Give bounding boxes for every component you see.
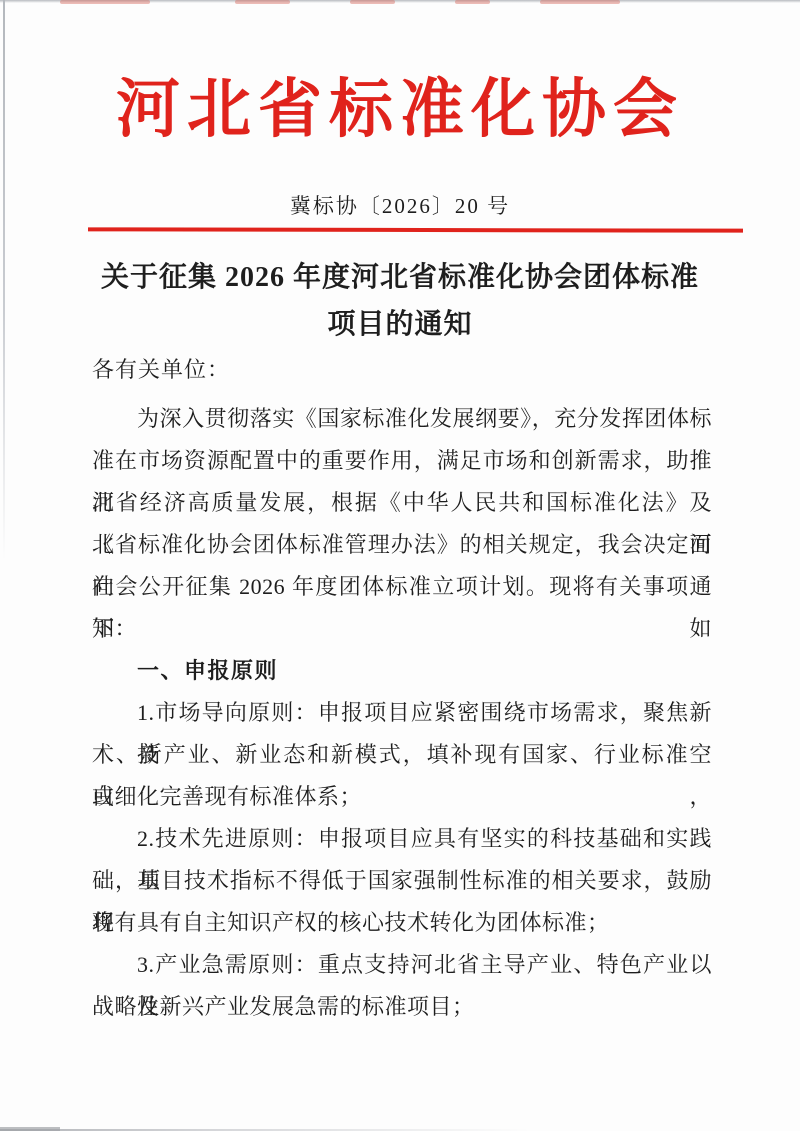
body-line: 一、申报原则	[92, 650, 712, 692]
salutation: 各有关单位：	[92, 353, 230, 384]
scan-red-smudge	[540, 0, 620, 4]
body-line: 础，项目技术指标不得低于国家强制性标准的相关要求，鼓励将	[92, 860, 712, 902]
scan-red-smudge	[60, 0, 150, 4]
org-title: 河北省标准化协会	[0, 64, 800, 156]
scanned-document-page: 河北省标准化协会 冀标协〔2026〕20 号 关于征集 2026 年度河北省标准…	[0, 0, 800, 1131]
body-line: 北省标准化协会团体标准管理办法》的相关规定，我会决定面向	[92, 524, 712, 566]
notice-title-line2: 项目的通知	[0, 301, 800, 348]
body-line: 战略性新兴产业发展急需的标准项目；	[92, 986, 712, 1028]
body-line: 准在市场资源配置中的重要作用，满足市场和创新需求，助推河	[92, 440, 712, 482]
body-line: 为深入贯彻落实《国家标准化发展纲要》，充分发挥团体标	[92, 398, 712, 440]
body-line: 1.市场导向原则：申报项目应紧密围绕市场需求，聚焦新技	[92, 692, 712, 734]
body-text: 为深入贯彻落实《国家标准化发展纲要》，充分发挥团体标准在市场资源配置中的重要作用…	[92, 398, 712, 1028]
red-divider-line	[88, 227, 743, 232]
notice-title: 关于征集 2026 年度河北省标准化协会团体标准 项目的通知	[0, 254, 800, 348]
body-line: 北省经济高质量发展，根据《中华人民共和国标准化法》及《河	[92, 482, 712, 524]
scan-red-smudge	[455, 0, 490, 4]
scan-red-smudge	[235, 0, 290, 4]
body-line: 现有具有自主知识产权的核心技术转化为团体标准；	[92, 902, 712, 944]
body-line: 2.技术先进原则：申报项目应具有坚实的科技基础和实践基	[92, 818, 712, 860]
doc-number: 冀标协〔2026〕20 号	[0, 190, 800, 220]
notice-title-line1: 关于征集 2026 年度河北省标准化协会团体标准	[0, 254, 800, 301]
scan-red-smudge	[350, 0, 395, 4]
scan-corner-bottom-left	[0, 1127, 60, 1131]
body-line: 社会公开征集 2026 年度团体标准立项计划。现将有关事项通知如	[92, 566, 712, 608]
body-line: 术、新产业、新业态和新模式，填补现有国家、行业标准空白，	[92, 734, 712, 776]
body-line: 3.产业急需原则：重点支持河北省主导产业、特色产业以及	[92, 944, 712, 986]
